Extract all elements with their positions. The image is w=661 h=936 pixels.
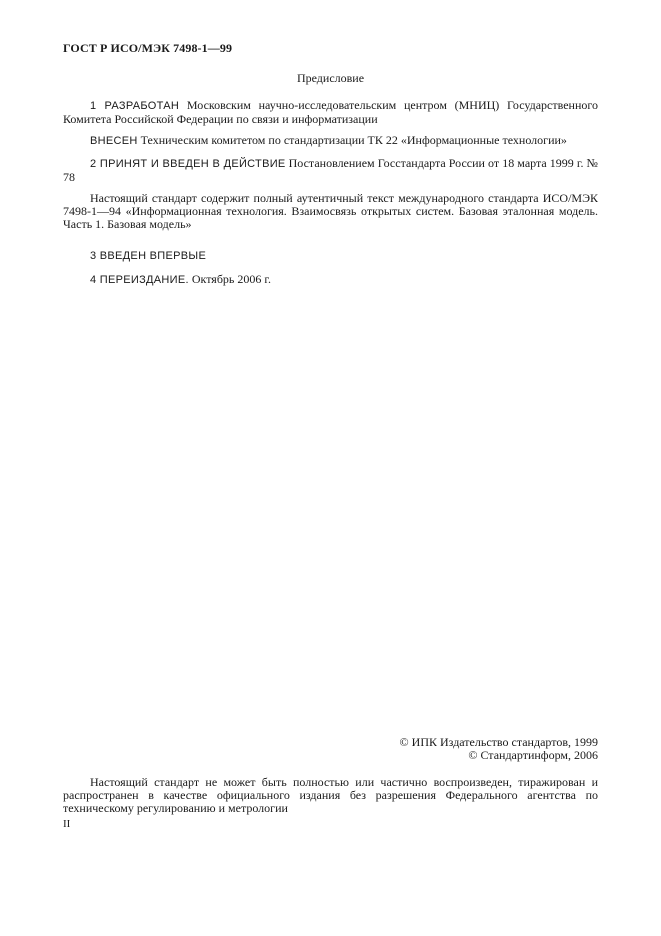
item-lead: 1 РАЗРАБОТАН bbox=[90, 100, 179, 112]
item-lead: 3 ВВЕДЕН ВПЕРВЫЕ bbox=[90, 250, 206, 262]
reproduction-notice: Настоящий стандарт не может быть полност… bbox=[63, 776, 598, 815]
foreword-item-adopted: 2 ПРИНЯТ И ВВЕДЕН В ДЕЙСТВИЕ Постановлен… bbox=[63, 157, 598, 184]
foreword-item-reissue: 4 ПЕРЕИЗДАНИЕ. Октябрь 2006 г. bbox=[63, 273, 598, 287]
foreword-item-developed: 1 РАЗРАБОТАН Московским научно-исследова… bbox=[63, 99, 598, 126]
copyright-block: © ИПК Издательство стандартов, 1999 © Ст… bbox=[400, 736, 598, 762]
item-text: Техническим комитетом по стандартизации … bbox=[138, 133, 567, 147]
foreword-item-authentic-text: Настоящий стандарт содержит полный аутен… bbox=[63, 192, 598, 231]
foreword-item-first-introduced: 3 ВВЕДЕН ВПЕРВЫЕ bbox=[63, 249, 598, 263]
item-lead: 2 ПРИНЯТ И ВВЕДЕН В ДЕЙСТВИЕ bbox=[90, 158, 286, 170]
page-number: II bbox=[63, 818, 70, 831]
item-lead: 4 ПЕРЕИЗДАНИЕ. bbox=[90, 274, 189, 286]
item-lead: ВНЕСЕН bbox=[90, 135, 138, 147]
foreword-title: Предисловие bbox=[63, 72, 598, 85]
running-header: ГОСТ Р ИСО/МЭК 7498-1—99 bbox=[63, 42, 232, 55]
foreword-item-introduced: ВНЕСЕН Техническим комитетом по стандарт… bbox=[63, 134, 598, 148]
document-page: ГОСТ Р ИСО/МЭК 7498-1—99 Предисловие 1 Р… bbox=[63, 0, 598, 936]
item-text: Октябрь 2006 г. bbox=[189, 272, 271, 286]
copyright-line-2: © Стандартинформ, 2006 bbox=[400, 749, 598, 762]
item-text: Настоящий стандарт содержит полный аутен… bbox=[63, 191, 598, 231]
